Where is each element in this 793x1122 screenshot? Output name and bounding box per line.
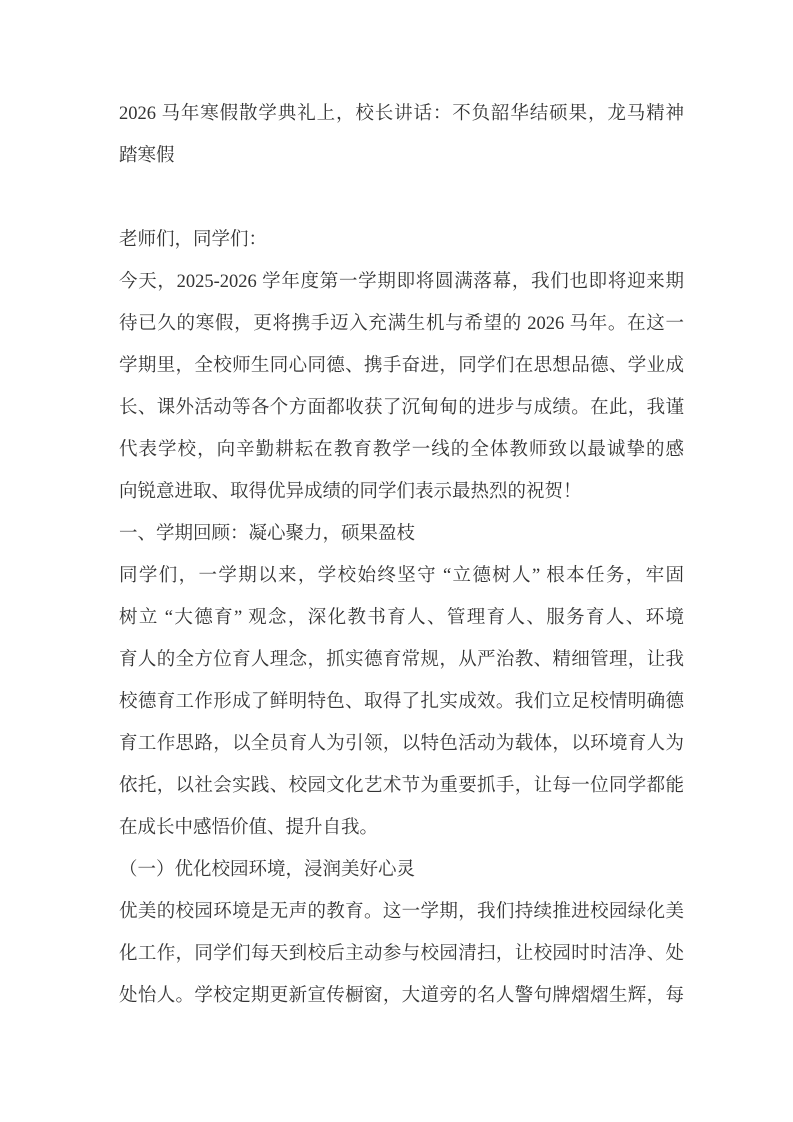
body-text-line: 化工作，同学们每天到校后主动参与校园清扫，让校园时时洁净、处 bbox=[119, 933, 684, 975]
document-page: 2026 马年寒假散学典礼上，校长讲话：不负韶华结硕果，龙马精神踏寒假老师们，同… bbox=[0, 0, 793, 1122]
body-text-line: 育人的全方位育人理念，抓实德育常规，从严治教、精细管理，让我 bbox=[119, 639, 684, 681]
body-text-line: 学期里，全校师生同心同德、携手奋进，同学们在思想品德、学业成 bbox=[119, 345, 684, 387]
body-text-line: 依托，以社会实践、校园文化艺术节为重要抓手，让每一位同学都能 bbox=[119, 765, 684, 807]
body-text-line: 今天，2025-2026 学年度第一学期即将圆满落幕，我们也即将迎来期 bbox=[119, 261, 684, 303]
body-text-line: 代表学校，向辛勤耕耘在教育教学一线的全体教师致以最诚挚的感谢！ bbox=[119, 429, 684, 471]
body-text-line: 优美的校园环境是无声的教育。这一学期，我们持续推进校园绿化美 bbox=[119, 891, 684, 933]
section-heading-line: （一）优化校园环境，浸润美好心灵 bbox=[119, 849, 684, 891]
body-text-line: 在成长中感悟价值、提升自我。 bbox=[119, 807, 684, 849]
body-text-line: 处怡人。学校定期更新宣传橱窗，大道旁的名人警句牌熠熠生辉，每 bbox=[119, 975, 684, 1017]
body-text-line: 校德育工作形成了鲜明特色、取得了扎实成效。我们立足校情明确德 bbox=[119, 681, 684, 723]
blank-line bbox=[119, 177, 684, 219]
document-title-line: 踏寒假 bbox=[119, 135, 684, 177]
body-text-line: 待已久的寒假，更将携手迈入充满生机与希望的 2026 马年。在这一 bbox=[119, 303, 684, 345]
body-text-line: 长、课外活动等各个方面都收获了沉甸甸的进步与成绩。在此，我谨 bbox=[119, 387, 684, 429]
body-text-line: 树立 “大德育” 观念，深化教书育人、管理育人、服务育人、环境 bbox=[119, 597, 684, 639]
salutation-line: 老师们，同学们： bbox=[119, 219, 684, 261]
body-text-line: 同学们，一学期以来，学校始终坚守 “立德树人” 根本任务，牢固 bbox=[119, 555, 684, 597]
body-text-line: 向锐意进取、取得优异成绩的同学们表示最热烈的祝贺！ bbox=[119, 471, 684, 513]
body-text-line: 育工作思路，以全员育人为引领，以特色活动为载体，以环境育人为 bbox=[119, 723, 684, 765]
document-title-line: 2026 马年寒假散学典礼上，校长讲话：不负韶华结硕果，龙马精神 bbox=[119, 93, 684, 135]
document-content: 2026 马年寒假散学典礼上，校长讲话：不负韶华结硕果，龙马精神踏寒假老师们，同… bbox=[119, 93, 684, 1017]
section-heading-line: 一、学期回顾：凝心聚力，硕果盈枝 bbox=[119, 513, 684, 555]
